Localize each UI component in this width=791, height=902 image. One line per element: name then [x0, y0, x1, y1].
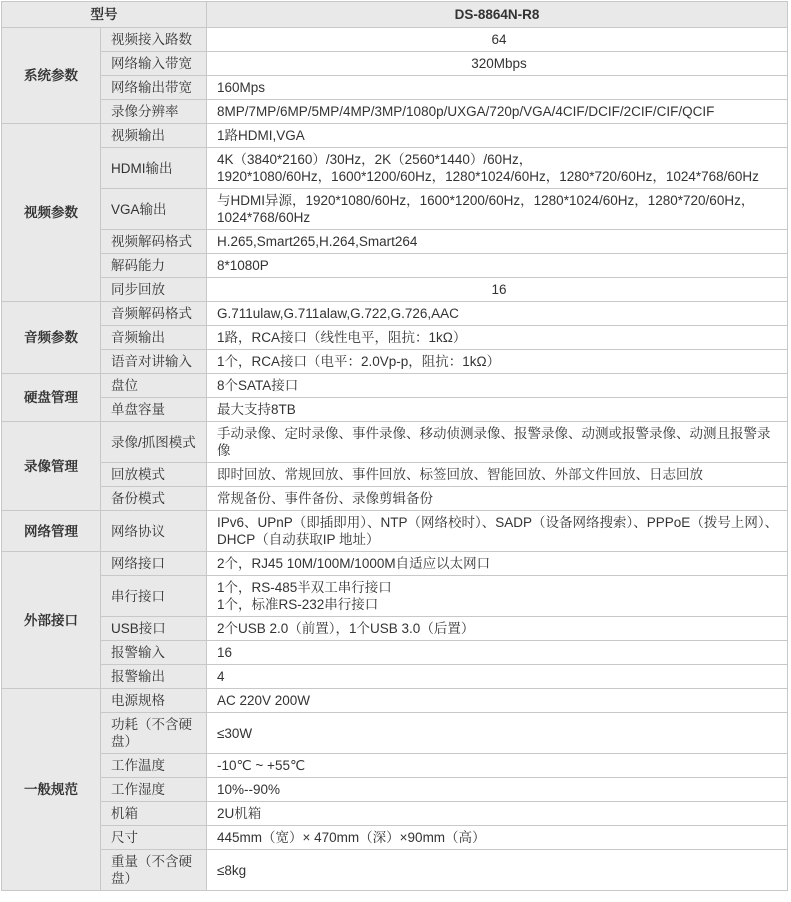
param-value-cell: 2个，RJ45 10M/100M/1000M自适应以太网口	[207, 552, 788, 576]
model-label-cell: 型号	[2, 2, 207, 28]
param-name-cell: 机箱	[101, 802, 207, 826]
param-value-cell: 4K（3840*2160）/30Hz，2K（2560*1440）/60Hz， 1…	[207, 148, 788, 189]
category-cell: 网络管理	[2, 511, 101, 552]
table-row: 录像管理录像/抓图模式手动录像、定时录像、事件录像、移动侦测录像、报警录像、动测…	[2, 422, 788, 463]
param-name-cell: 单盘容量	[101, 398, 207, 422]
param-name-cell: 重量（不含硬盘）	[101, 850, 207, 891]
category-cell: 系统参数	[2, 28, 101, 124]
param-name-cell: 音频输出	[101, 326, 207, 350]
table-row: 外部接口网络接口2个，RJ45 10M/100M/1000M自适应以太网口	[2, 552, 788, 576]
table-row: 工作湿度10%--90%	[2, 778, 788, 802]
param-name-cell: 盘位	[101, 374, 207, 398]
param-value-cell: 1路，RCA接口（线性电平，阻抗：1kΩ）	[207, 326, 788, 350]
param-value-cell: 160Mps	[207, 76, 788, 100]
table-header-row: 型号 DS-8864N-R8	[2, 2, 788, 28]
table-row: VGA输出与HDMI异源，1920*1080/60Hz，1600*1200/60…	[2, 189, 788, 230]
param-value-cell: H.265,Smart265,H.264,Smart264	[207, 230, 788, 254]
table-row: USB接口2个USB 2.0（前置），1个USB 3.0（后置）	[2, 617, 788, 641]
table-row: 尺寸445mm（宽）× 470mm（深）×90mm（高）	[2, 826, 788, 850]
param-value-cell: 最大支持8TB	[207, 398, 788, 422]
param-name-cell: 同步回放	[101, 278, 207, 302]
param-value-cell: 1路HDMI,VGA	[207, 124, 788, 148]
table-row: 串行接口1个，RS-485半双工串行接口 1个，标准RS-232串行接口	[2, 576, 788, 617]
param-value-cell: 1个，RCA接口（电平：2.0Vp-p，阻抗：1kΩ）	[207, 350, 788, 374]
table-row: 备份模式常规备份、事件备份、录像剪辑备份	[2, 487, 788, 511]
param-name-cell: 解码能力	[101, 254, 207, 278]
param-value-cell: 8个SATA接口	[207, 374, 788, 398]
param-name-cell: 录像分辨率	[101, 100, 207, 124]
param-value-cell: 8MP/7MP/6MP/5MP/4MP/3MP/1080p/UXGA/720p/…	[207, 100, 788, 124]
param-name-cell: VGA输出	[101, 189, 207, 230]
param-name-cell: 电源规格	[101, 689, 207, 713]
category-cell: 音频参数	[2, 302, 101, 374]
param-name-cell: 回放模式	[101, 463, 207, 487]
param-value-cell: 8*1080P	[207, 254, 788, 278]
param-value-cell: IPv6、UPnP（即插即用）、NTP（网络校时）、SADP（设备网络搜索）、P…	[207, 511, 788, 552]
param-name-cell: HDMI输出	[101, 148, 207, 189]
param-name-cell: 报警输入	[101, 641, 207, 665]
model-value-cell: DS-8864N-R8	[207, 2, 788, 28]
param-name-cell: 串行接口	[101, 576, 207, 617]
param-name-cell: 备份模式	[101, 487, 207, 511]
table-row: 报警输入16	[2, 641, 788, 665]
param-name-cell: 音频解码格式	[101, 302, 207, 326]
table-row: 音频输出1路，RCA接口（线性电平，阻抗：1kΩ）	[2, 326, 788, 350]
param-value-cell: G.711ulaw,G.711alaw,G.722,G.726,AAC	[207, 302, 788, 326]
table-row: 工作温度-10℃ ~ +55℃	[2, 754, 788, 778]
table-row: 网络输出带宽160Mps	[2, 76, 788, 100]
param-value-cell: 即时回放、常规回放、事件回放、标签回放、智能回放、外部文件回放、日志回放	[207, 463, 788, 487]
param-name-cell: 视频输出	[101, 124, 207, 148]
category-cell: 视频参数	[2, 124, 101, 302]
table-row: 视频参数视频输出1路HDMI,VGA	[2, 124, 788, 148]
table-row: 重量（不含硬盘）≤8kg	[2, 850, 788, 891]
table-row: HDMI输出4K（3840*2160）/30Hz，2K（2560*1440）/6…	[2, 148, 788, 189]
category-cell: 外部接口	[2, 552, 101, 689]
param-value-cell: 320Mbps	[207, 52, 788, 76]
param-name-cell: 工作湿度	[101, 778, 207, 802]
table-row: 单盘容量最大支持8TB	[2, 398, 788, 422]
table-row: 一般规范电源规格AC 220V 200W	[2, 689, 788, 713]
param-value-cell: ≤30W	[207, 713, 788, 754]
param-name-cell: 报警输出	[101, 665, 207, 689]
table-row: 录像分辨率8MP/7MP/6MP/5MP/4MP/3MP/1080p/UXGA/…	[2, 100, 788, 124]
param-value-cell: 与HDMI异源，1920*1080/60Hz，1600*1200/60Hz，12…	[207, 189, 788, 230]
table-row: 网络管理网络协议IPv6、UPnP（即插即用）、NTP（网络校时）、SADP（设…	[2, 511, 788, 552]
table-row: 音频参数音频解码格式G.711ulaw,G.711alaw,G.722,G.72…	[2, 302, 788, 326]
table-row: 解码能力8*1080P	[2, 254, 788, 278]
param-value-cell: 1个，RS-485半双工串行接口 1个，标准RS-232串行接口	[207, 576, 788, 617]
spec-table-container: 型号 DS-8864N-R8 系统参数视频接入路数64网络输入带宽320Mbps…	[0, 0, 791, 891]
param-value-cell: 10%--90%	[207, 778, 788, 802]
table-row: 功耗（不含硬盘）≤30W	[2, 713, 788, 754]
param-name-cell: 网络接口	[101, 552, 207, 576]
param-value-cell: ≤8kg	[207, 850, 788, 891]
param-value-cell: 4	[207, 665, 788, 689]
param-name-cell: USB接口	[101, 617, 207, 641]
category-cell: 硬盘管理	[2, 374, 101, 422]
spec-table-body: 系统参数视频接入路数64网络输入带宽320Mbps网络输出带宽160Mps录像分…	[2, 28, 788, 891]
param-value-cell: 16	[207, 641, 788, 665]
param-value-cell: 2个USB 2.0（前置），1个USB 3.0（后置）	[207, 617, 788, 641]
param-value-cell: 2U机箱	[207, 802, 788, 826]
param-value-cell: -10℃ ~ +55℃	[207, 754, 788, 778]
table-row: 报警输出4	[2, 665, 788, 689]
param-value-cell: 64	[207, 28, 788, 52]
spec-table: 型号 DS-8864N-R8 系统参数视频接入路数64网络输入带宽320Mbps…	[1, 1, 788, 891]
table-row: 网络输入带宽320Mbps	[2, 52, 788, 76]
param-name-cell: 功耗（不含硬盘）	[101, 713, 207, 754]
table-row: 语音对讲输入1个，RCA接口（电平：2.0Vp-p，阻抗：1kΩ）	[2, 350, 788, 374]
param-value-cell: AC 220V 200W	[207, 689, 788, 713]
category-cell: 录像管理	[2, 422, 101, 511]
table-row: 视频解码格式H.265,Smart265,H.264,Smart264	[2, 230, 788, 254]
param-value-cell: 手动录像、定时录像、事件录像、移动侦测录像、报警录像、动测或报警录像、动测且报警…	[207, 422, 788, 463]
param-name-cell: 尺寸	[101, 826, 207, 850]
param-name-cell: 工作温度	[101, 754, 207, 778]
table-row: 回放模式即时回放、常规回放、事件回放、标签回放、智能回放、外部文件回放、日志回放	[2, 463, 788, 487]
param-value-cell: 常规备份、事件备份、录像剪辑备份	[207, 487, 788, 511]
table-row: 同步回放16	[2, 278, 788, 302]
table-row: 系统参数视频接入路数64	[2, 28, 788, 52]
param-name-cell: 语音对讲输入	[101, 350, 207, 374]
table-row: 硬盘管理盘位8个SATA接口	[2, 374, 788, 398]
param-name-cell: 网络输出带宽	[101, 76, 207, 100]
param-name-cell: 视频接入路数	[101, 28, 207, 52]
category-cell: 一般规范	[2, 689, 101, 891]
table-row: 机箱2U机箱	[2, 802, 788, 826]
param-value-cell: 16	[207, 278, 788, 302]
spec-page: { "colors": { "cell_bg": "#e9e9e9", "val…	[0, 0, 791, 902]
param-name-cell: 网络协议	[101, 511, 207, 552]
param-name-cell: 视频解码格式	[101, 230, 207, 254]
param-name-cell: 录像/抓图模式	[101, 422, 207, 463]
param-name-cell: 网络输入带宽	[101, 52, 207, 76]
param-value-cell: 445mm（宽）× 470mm（深）×90mm（高）	[207, 826, 788, 850]
